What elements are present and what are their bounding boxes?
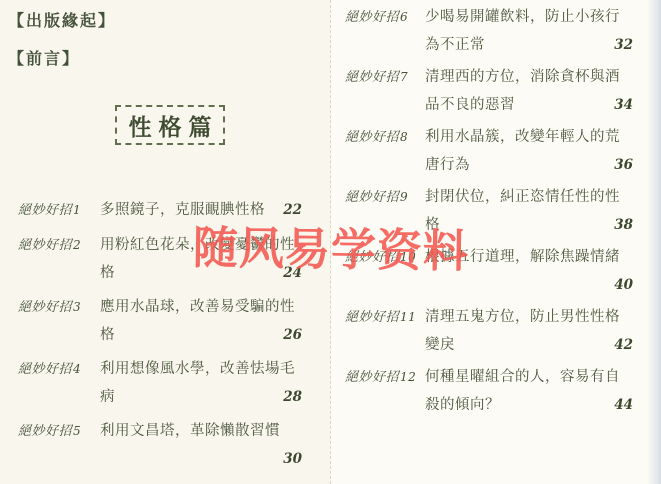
entry-number: 7	[400, 70, 408, 84]
front-matter-publish-origin: 【出版緣起】	[8, 8, 116, 31]
entry-page-number: 36	[608, 151, 633, 179]
entry-number: 11	[400, 310, 416, 324]
toc-entry: 絕妙好招4利用想像風水學，改善怯場毛病28	[18, 355, 302, 411]
entry-number: 6	[400, 10, 408, 24]
entry-page-number: 42	[608, 331, 633, 359]
entry-line: 殺的傾向？44	[425, 391, 633, 419]
entry-label: 絕妙好招11	[345, 303, 425, 332]
entry-line: 清理西的方位，消除貪杯與酒	[425, 63, 633, 91]
entry-body: 應用水晶球，改善易受騙的性格26	[100, 293, 302, 349]
book-toc-scan: 【出版緣起】 【前言】 性格篇 絕妙好招1多照鏡子，克服靦腆性格22絕妙好招2用…	[0, 0, 661, 484]
page-edge-shadow	[647, 0, 661, 484]
entry-page-number: 32	[608, 31, 633, 59]
entry-text: 變戾	[425, 331, 455, 359]
entry-text: 利用文昌塔，革除懶散習慣	[100, 417, 280, 445]
watermark-text: 随风易学资料	[193, 211, 470, 280]
toc-entry: 絕妙好招3應用水晶球，改善易受騙的性格26	[18, 293, 302, 349]
chapter-title-box: 性格篇	[115, 105, 225, 145]
entry-label: 絕妙好招2	[18, 231, 100, 260]
entry-label: 絕妙好招3	[18, 293, 100, 322]
entry-line: 清理五鬼方位，防止男性性格	[425, 303, 633, 331]
entry-page-number: 38	[608, 211, 633, 239]
entry-text: 清理西的方位，消除貪杯與酒	[425, 63, 620, 91]
toc-entry: 絕妙好招7清理西的方位，消除貪杯與酒品不良的惡習34	[345, 63, 633, 119]
entry-text: 少喝易開罐飲料，防止小孩行	[425, 3, 620, 31]
entry-page-number: 44	[608, 391, 633, 419]
entry-text: 何種星曜組合的人，容易有自	[425, 363, 620, 391]
entry-label: 絕妙好招9	[345, 183, 425, 212]
entry-line: 封閉伏位，糾正恣情任性的性	[425, 183, 633, 211]
entry-text: 唐行為	[425, 151, 470, 179]
entry-number: 1	[73, 203, 81, 217]
entry-text: 利用想像風水學，改善怯場毛	[100, 355, 295, 383]
entry-number: 9	[400, 190, 408, 204]
entry-body: 利用文昌塔，革除懶散習慣30	[100, 417, 302, 473]
entry-text: 利用水晶簇，改變年輕人的荒	[425, 123, 620, 151]
entry-body: 清理五鬼方位，防止男性性格變戾42	[425, 303, 633, 359]
entry-body: 利用水晶簇，改變年輕人的荒唐行為36	[425, 123, 633, 179]
entry-line: 格26	[100, 321, 302, 349]
entry-page-number: 40	[608, 271, 633, 299]
entry-line: 利用想像風水學，改善怯場毛	[100, 355, 302, 383]
entry-line: 何種星曜組合的人，容易有自	[425, 363, 633, 391]
entry-page-number: 30	[277, 445, 302, 473]
entry-label: 絕妙好招4	[18, 355, 100, 384]
entry-line: 30	[100, 445, 302, 473]
toc-entry: 絕妙好招8利用水晶簇，改變年輕人的荒唐行為36	[345, 123, 633, 179]
entry-text: 殺的傾向？	[425, 391, 500, 419]
entry-line: 為不正常32	[425, 31, 633, 59]
entry-text: 格	[100, 321, 115, 349]
entry-number: 12	[400, 370, 416, 384]
entry-line: 少喝易開罐飲料，防止小孩行	[425, 3, 633, 31]
entry-body: 少喝易開罐飲料，防止小孩行為不正常32	[425, 3, 633, 59]
entry-number: 3	[73, 300, 81, 314]
entry-text: 應用水晶球，改善易受騙的性	[100, 293, 295, 321]
entry-label: 絕妙好招6	[345, 3, 425, 32]
entry-page-number: 34	[608, 91, 633, 119]
entry-body: 何種星曜組合的人，容易有自殺的傾向？44	[425, 363, 633, 419]
entry-text: 清理五鬼方位，防止男性性格	[425, 303, 620, 331]
entry-number: 5	[73, 424, 81, 438]
entry-text: 品不良的惡習	[425, 91, 515, 119]
entry-page-number: 28	[277, 383, 302, 411]
entry-page-number: 26	[277, 321, 302, 349]
entry-number: 2	[73, 238, 81, 252]
entry-number: 8	[400, 130, 408, 144]
entry-text: 格	[100, 259, 115, 287]
entry-body: 利用想像風水學，改善怯場毛病28	[100, 355, 302, 411]
entry-line: 唐行為36	[425, 151, 633, 179]
chapter-title: 性格篇	[122, 109, 219, 142]
front-matter-foreword: 【前言】	[8, 46, 80, 69]
entry-label: 絕妙好招12	[345, 363, 425, 392]
toc-entry: 絕妙好招11清理五鬼方位，防止男性性格變戾42	[345, 303, 633, 359]
entry-line: 病28	[100, 383, 302, 411]
entry-text: 病	[100, 383, 115, 411]
entry-number: 4	[73, 362, 81, 376]
entry-text: 為不正常	[425, 31, 485, 59]
entry-line: 利用水晶簇，改變年輕人的荒	[425, 123, 633, 151]
toc-entry: 絕妙好招6少喝易開罐飲料，防止小孩行為不正常32	[345, 3, 633, 59]
entry-line: 利用文昌塔，革除懶散習慣	[100, 417, 302, 445]
entry-label: 絕妙好招7	[345, 63, 425, 92]
toc-entry: 絕妙好招5利用文昌塔，革除懶散習慣30	[18, 417, 302, 473]
entry-label: 絕妙好招1	[18, 196, 100, 225]
toc-entry: 絕妙好招12何種星曜組合的人，容易有自殺的傾向？44	[345, 363, 633, 419]
entry-line: 品不良的惡習34	[425, 91, 633, 119]
entry-line: 變戾42	[425, 331, 633, 359]
entry-text: 封閉伏位，糾正恣情任性的性	[425, 183, 620, 211]
entry-label: 絕妙好招8	[345, 123, 425, 152]
entry-line: 應用水晶球，改善易受騙的性	[100, 293, 302, 321]
entry-label: 絕妙好招5	[18, 417, 100, 446]
entry-body: 清理西的方位，消除貪杯與酒品不良的惡習34	[425, 63, 633, 119]
